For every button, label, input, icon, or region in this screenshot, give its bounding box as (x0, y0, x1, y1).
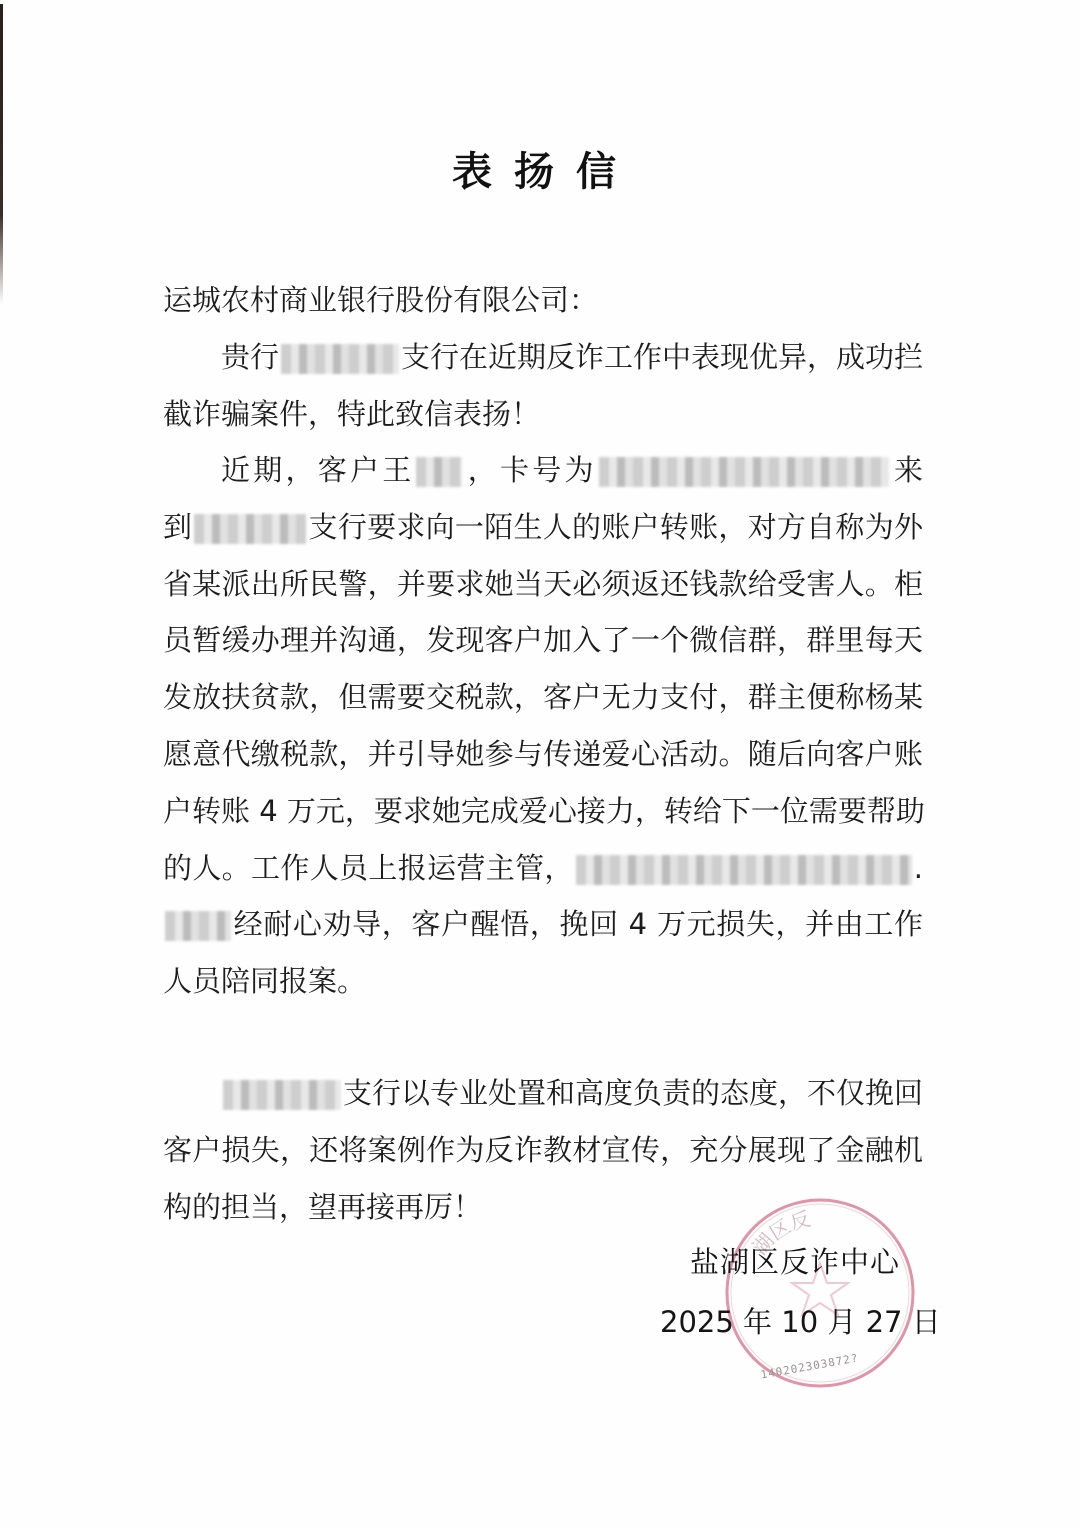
paragraph-line: 近期，客户王，卡号为来 (163, 442, 923, 499)
paragraph-line: 员暂缓办理并沟通，发现客户加入了一个微信群，群里每天 (163, 612, 923, 669)
seal-number: 140202303872? (760, 1351, 860, 1381)
letter-title: 表扬信 (0, 140, 1080, 197)
paragraph-line: 愿意代缴税款，并引导她参与传递爱心活动。随后向客户账 (163, 726, 923, 783)
redacted-supervisor-info (576, 855, 912, 885)
paragraph-line: 的人。工作人员上报运营主管，. (163, 840, 923, 897)
paragraph-1: 贵行支行在近期反诈工作中表现优异，成功拦 截诈骗案件，特此致信表扬！ (163, 329, 923, 443)
redacted-branch-name (281, 344, 399, 374)
paragraph-line: 人员陪同报案。 (163, 953, 923, 1010)
salutation: 运城农村商业银行股份有限公司： (163, 272, 923, 329)
paragraph-line: 发放扶贫款，但需要交税款，客户无力支付，群主便称杨某 (163, 669, 923, 726)
paragraph-line: 客户损失，还将案例作为反诈教材宣传，充分展现了金融机 (163, 1122, 923, 1179)
paragraph-line: 到支行要求向一陌生人的账户转账，对方自称为外 (163, 499, 923, 556)
signature-organization: 盐湖区反诈中心 (690, 1240, 900, 1281)
paragraph-line: 支行以专业处置和高度负责的态度，不仅挽回 (163, 1065, 923, 1122)
paragraph-line: 经耐心劝导，客户醒悟，挽回 4 万元损失，并由工作 (163, 896, 923, 953)
paragraph-2: 近期，客户王，卡号为来 到支行要求向一陌生人的账户转账，对方自称为外 省某派出所… (163, 442, 923, 1010)
redacted-customer-name (416, 457, 462, 487)
paragraph-3: 支行以专业处置和高度负责的态度，不仅挽回 客户损失，还将案例作为反诈教材宣传，充… (163, 1065, 923, 1235)
paragraph-line: 截诈骗案件，特此致信表扬！ (163, 386, 923, 443)
redacted-branch-name (194, 514, 306, 544)
redacted-supervisor-info (165, 911, 231, 941)
paragraph-line: 省某派出所民警，并要求她当天必须返还钱款给受害人。柜 (163, 556, 923, 613)
signature-date: 2025 年 10 月 27 日 (660, 1300, 941, 1341)
paragraph-line: 构的担当，望再接再厉！ (163, 1179, 923, 1236)
redacted-card-number (599, 457, 889, 487)
redacted-branch-name (223, 1080, 341, 1110)
paragraph-line: 户转账 4 万元，要求她完成爱心接力，转给下一位需要帮助 (163, 783, 923, 840)
letter-page: 表扬信 运城农村商业银行股份有限公司： 贵行支行在近期反诈工作中表现优异，成功拦… (0, 0, 1080, 1528)
paragraph-line: 贵行支行在近期反诈工作中表现优异，成功拦 (163, 329, 923, 386)
